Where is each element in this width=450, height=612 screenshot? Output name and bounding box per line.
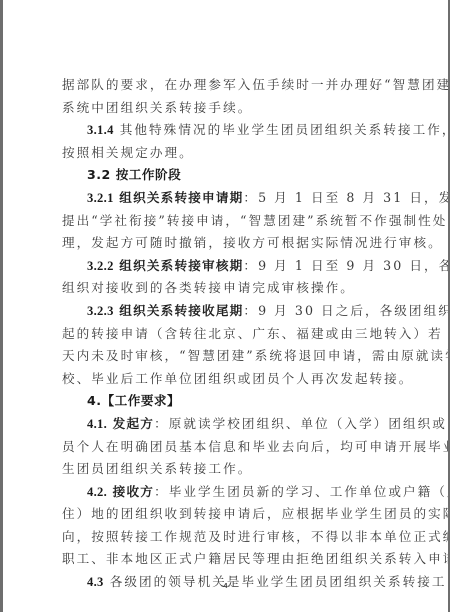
line-text: ：原就读学校团组织、单位（入学）团组织或团 <box>154 416 450 431</box>
section-number: 4.2. <box>87 485 107 499</box>
paragraph-line: 据部队的要求，在办理参军入伍手续时一并办理好“智慧团建” <box>62 74 392 97</box>
section-title: 接收方 <box>107 484 154 499</box>
line-text: 按照相关规定办理。 <box>62 145 194 160</box>
document-page: 据部队的要求，在办理参军入伍手续时一并办理好“智慧团建” 系统中团组织关系转接手… <box>3 0 448 612</box>
section-3-1-4: 3.1.4 其他特殊情况的毕业学生团员团组织关系转接工作， <box>62 119 392 142</box>
line-text: ：毕业学生团员新的学习、工作单位或户籍（居 <box>154 484 450 499</box>
line-text: 校、毕业后工作单位团组织或团员个人再次发起转接。 <box>62 371 413 386</box>
paragraph-line: 生团员团组织关系转接工作。 <box>62 458 392 481</box>
paragraph-line: 组织对接收到的各类转接申请完成审核操作。 <box>62 277 392 300</box>
section-heading-3-2: 3.2 按工作阶段 <box>62 164 392 187</box>
section-number: 4.1. <box>87 417 107 431</box>
line-text: ：9 月 30 日之后，各级团组织发 <box>243 303 450 318</box>
line-text: 天内未及时审核，“智慧团建”系统将退回申请，需由原就读学 <box>62 348 450 363</box>
paragraph-line: 职工、非本地区正式户籍居民等理由拒绝团组织关系转入申请。 <box>62 548 392 571</box>
paragraph-line: 员个人在明确团员基本信息和毕业去向后，均可申请开展毕业学 <box>62 436 392 459</box>
line-text: 其他特殊情况的毕业学生团员团组织关系转接工作， <box>114 122 450 137</box>
section-title: 发起方 <box>107 416 154 431</box>
paragraph-line: 校、毕业后工作单位团组织或团员个人再次发起转接。 <box>62 368 392 391</box>
paragraph-line: 提出“学社衔接”转接申请，“智慧团建”系统暂不作强制性处 <box>62 210 392 233</box>
line-text: 向，按照转接工作规范及时进行审核，不得以非本单位正式编制 <box>62 529 450 544</box>
line-text: ：5 月 1 日至 8 月 31 日，发起方 <box>243 190 450 205</box>
line-text: 员个人在明确团员基本信息和毕业去向后，均可申请开展毕业学 <box>62 439 450 454</box>
section-title: 组织关系转接审核期 <box>114 258 244 273</box>
line-text: 组织对接收到的各类转接申请完成审核操作。 <box>62 280 355 295</box>
section-number: 3.2.1 <box>87 191 114 205</box>
section-number: 3.2.3 <box>87 304 114 318</box>
section-3-2-3: 3.2.3 组织关系转接收尾期：9 月 30 日之后，各级团组织发 <box>62 300 392 323</box>
section-heading: 3.2 按工作阶段 <box>87 167 181 182</box>
section-heading: 4.【工作要求】 <box>87 393 180 408</box>
line-text: 职工、非本地区正式户籍居民等理由拒绝团组织关系转入申请。 <box>62 551 450 566</box>
line-text: 住）地的团组织收到转接申请后，应根据毕业学生团员的实际去 <box>62 506 450 521</box>
line-text: ：9 月 1 日至 9 月 30 日，各级团 <box>243 258 450 273</box>
page-content: 据部队的要求，在办理参军入伍手续时一并办理好“智慧团建” 系统中团组织关系转接手… <box>62 74 392 594</box>
paragraph-line: 向，按照转接工作规范及时进行审核，不得以非本单位正式编制 <box>62 526 392 549</box>
line-text: 提出“学社衔接”转接申请，“智慧团建”系统暂不作强制性处 <box>62 213 447 228</box>
section-number: 3.2.2 <box>87 259 114 273</box>
paragraph-line: 天内未及时审核，“智慧团建”系统将退回申请，需由原就读学 <box>62 345 392 368</box>
line-text: 生团员团组织关系转接工作。 <box>62 461 252 476</box>
paragraph-line: 住）地的团组织收到转接申请后，应根据毕业学生团员的实际去 <box>62 503 392 526</box>
section-3-2-1: 3.2.1 组织关系转接申请期：5 月 1 日至 8 月 31 日，发起方 <box>62 187 392 210</box>
section-heading-4: 4.【工作要求】 <box>62 390 392 413</box>
section-3-2-2: 3.2.2 组织关系转接审核期：9 月 1 日至 9 月 30 日，各级团 <box>62 255 392 278</box>
line-text: 据部队的要求，在办理参军入伍手续时一并办理好“智慧团建” <box>62 77 450 92</box>
section-title: 组织关系转接申请期 <box>114 190 244 205</box>
section-title: 组织关系转接收尾期 <box>114 303 244 318</box>
section-number: 3.1.4 <box>87 123 114 137</box>
paragraph-line: 起的转接申请（含转往北京、广东、福建或由三地转入）若 10 <box>62 323 392 346</box>
paragraph-line: 理，发起方可随时撤销，接收方可根据实际情况进行审核。 <box>62 232 392 255</box>
line-text: 系统中团组织关系转接手续。 <box>62 100 252 115</box>
section-4-1: 4.1. 发起方：原就读学校团组织、单位（入学）团组织或团 <box>62 413 392 436</box>
section-4-2: 4.2. 接收方：毕业学生团员新的学习、工作单位或户籍（居 <box>62 481 392 504</box>
line-text: 起的转接申请（含转往北京、广东、福建或由三地转入）若 10 <box>62 326 450 341</box>
line-text: 理，发起方可随时撤销，接收方可根据实际情况进行审核。 <box>62 235 443 250</box>
paragraph-line: 按照相关规定办理。 <box>62 142 392 165</box>
page-number: -4- <box>3 583 448 590</box>
paragraph-line: 系统中团组织关系转接手续。 <box>62 97 392 120</box>
